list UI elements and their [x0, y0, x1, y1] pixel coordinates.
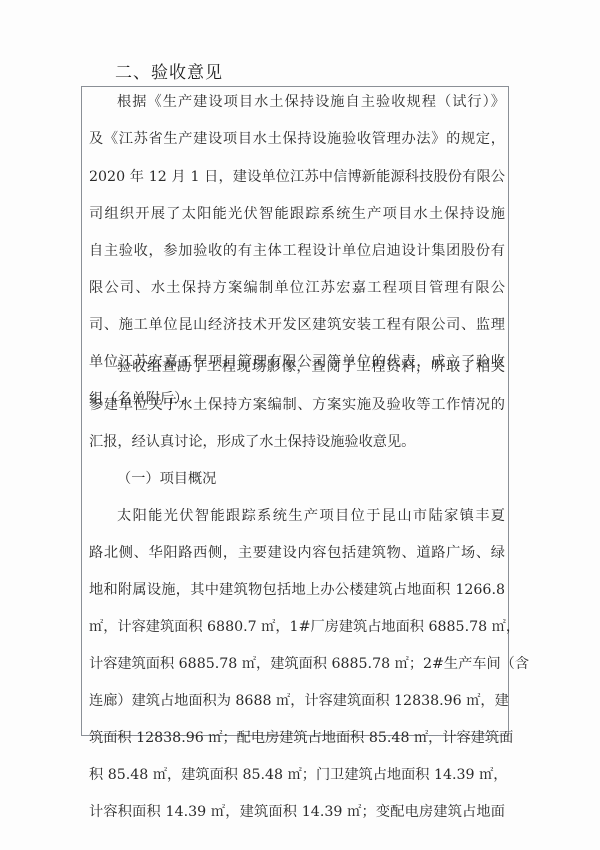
text-line: 司、施工单位昆山经济技术开发区建筑安装工程有限公司、监理	[89, 315, 505, 335]
text-line: 2020 年 12 月 1 日，建设单位江苏中信博新能源科技股份有限公	[89, 167, 505, 187]
text-line: 根据《生产建设项目水土保持设施自主验收规程（试行）》	[117, 92, 505, 112]
text-line: 太阳能光伏智能跟踪系统生产项目位于昆山市陆家镇丰夏	[117, 506, 505, 526]
text-line: 计容积面积 14.39 ㎡，建筑面积 14.39 ㎡；变配电房建筑占地面	[89, 802, 505, 822]
text-line: 积 85.48 ㎡，建筑面积 85.48 ㎡；门卫建筑占地面积 14.39 ㎡，	[89, 765, 505, 785]
text-line: 限公司、水土保持方案编制单位江苏宏嘉工程项目管理有限公	[89, 278, 505, 298]
text-line: 路北侧、华阳路西侧，主要建设内容包括建筑物、道路广场、绿	[89, 543, 505, 563]
text-line: 验收组查勘了工程现场影像，查阅了工程资料，听取了相关	[117, 357, 505, 377]
subsection-heading: （一）项目概况	[117, 469, 505, 489]
text-line: 及《江苏省生产建设项目水土保持设施验收管理办法》的规定，	[89, 129, 505, 149]
section-heading: 二、验收意见	[115, 58, 223, 83]
text-line: 自主验收，参加验收的有主体工程设计单位启迪设计集团股份有	[89, 241, 505, 261]
text-line: ㎡，计容建筑面积 6880.7 ㎡，1#厂房建筑占地面积 6885.78 ㎡，	[89, 617, 505, 637]
text-line: 汇报，经认真讨论，形成了水土保持设施验收意见。	[89, 432, 505, 452]
text-line: 地和附属设施，其中建筑物包括地上办公楼建筑占地面积 1266.8	[89, 580, 505, 600]
text-line: 筑面积 12838.96 ㎡；配电房建筑占地面积 85.48 ㎡，计容建筑面	[89, 728, 505, 748]
text-line: 连廊）建筑占地面积为 8688 ㎡，计容建筑面积 12838.96 ㎡，建	[89, 691, 505, 711]
text-line: 司组织开展了太阳能光伏智能跟踪系统生产项目水土保持设施	[89, 204, 505, 224]
text-line: 参建单位关于水土保持方案编制、方案实施及验收等工作情况的	[89, 395, 505, 415]
text-line: 计容建筑面积 6885.78 ㎡，建筑面积 6885.78 ㎡；2#生产车间（含	[89, 654, 505, 674]
